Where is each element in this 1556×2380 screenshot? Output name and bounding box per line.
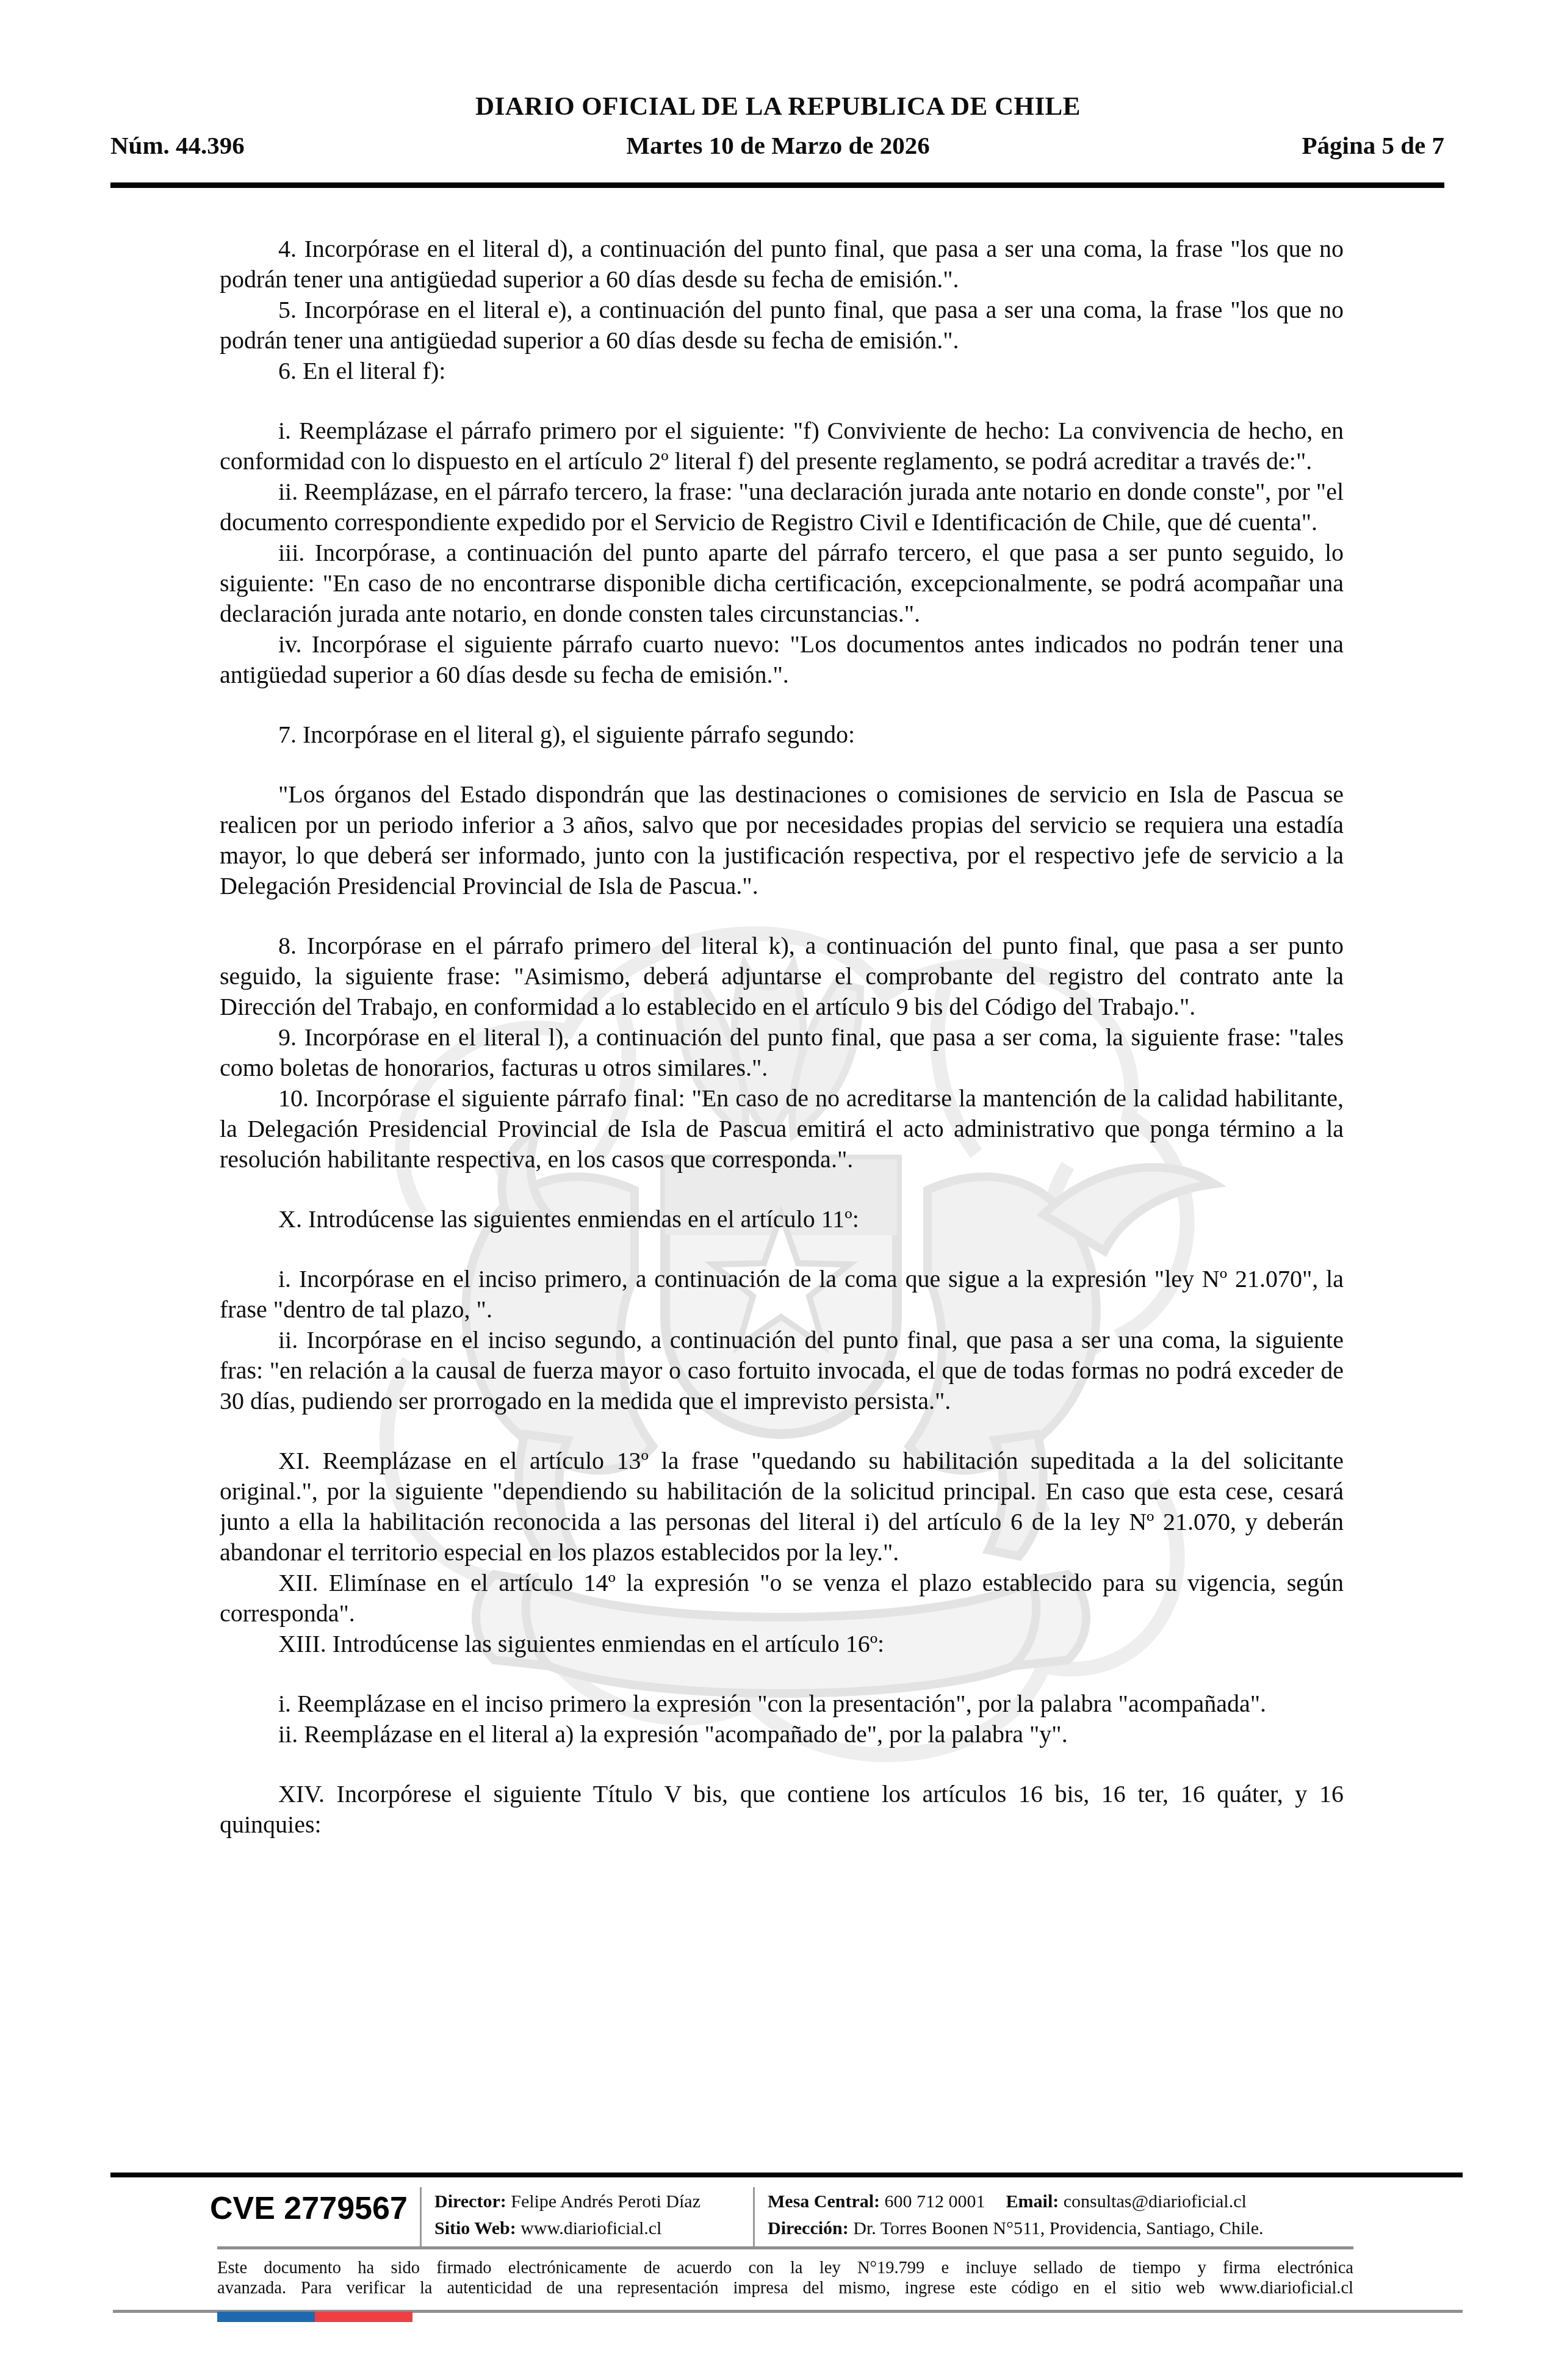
body-paragraph: ii. Incorpórase en el inciso segundo, a … — [220, 1325, 1344, 1416]
body-paragraph: 8. Incorpórase en el párrafo primero del… — [220, 931, 1344, 1022]
website-url: www.diarioficial.cl — [520, 2218, 661, 2238]
legal-disclaimer: Este documento ha sido firmado electróni… — [217, 2258, 1353, 2298]
body-paragraph: 10. Incorpórase el siguiente párrafo fin… — [220, 1083, 1344, 1175]
body-paragraph: 5. Incorpórase en el literal e), a conti… — [220, 295, 1344, 356]
masthead-title: DIARIO OFICIAL DE LA REPUBLICA DE CHILE — [0, 92, 1556, 121]
footer-director-block: Director: Felipe Andrés Peroti Díaz Siti… — [434, 2188, 701, 2242]
phone-email-line: Mesa Central: 600 712 0001Email: consult… — [768, 2188, 1264, 2215]
body-paragraph: 9. Incorpórase en el literal l), a conti… — [220, 1022, 1344, 1083]
address-value: Dr. Torres Boonen N°511, Providencia, Sa… — [853, 2218, 1263, 2238]
footer-gray-rule — [217, 2246, 1353, 2249]
body-paragraph: X. Introdúcense las siguientes enmiendas… — [220, 1204, 1344, 1235]
footer-divider — [420, 2187, 422, 2247]
director-name: Felipe Andrés Peroti Díaz — [511, 2191, 701, 2212]
header-rule — [110, 182, 1444, 188]
body-paragraph: 6. En el literal f): — [220, 356, 1344, 386]
page-indicator: Página 5 de 7 — [1302, 131, 1445, 160]
flag-bar-blue — [217, 2312, 315, 2322]
footer-divider — [753, 2187, 755, 2247]
website-line: Sitio Web: www.diarioficial.cl — [434, 2215, 701, 2242]
flag-bar-red — [315, 2312, 412, 2322]
body-paragraph: iv. Incorpórase el siguiente párrafo cua… — [220, 629, 1344, 690]
director-line: Director: Felipe Andrés Peroti Díaz — [434, 2188, 701, 2215]
address-label: Dirección: — [768, 2218, 849, 2238]
body-paragraph: iii. Incorpórase, a continuación del pun… — [220, 538, 1344, 629]
body-paragraph: ii. Reemplázase, en el párrafo tercero, … — [220, 477, 1344, 538]
gazette-page: DIARIO OFICIAL DE LA REPUBLICA DE CHILE … — [0, 0, 1556, 2380]
email-address: consultas@diarioficial.cl — [1064, 2191, 1247, 2212]
footer-rule — [110, 2173, 1463, 2177]
body-paragraph: i. Reemplázase en el inciso primero la e… — [220, 1689, 1344, 1719]
body-paragraph: 7. Incorpórase en el literal g), el sigu… — [220, 719, 1344, 750]
footer-contact-block: Mesa Central: 600 712 0001Email: consult… — [768, 2188, 1264, 2242]
body-paragraph: XIV. Incorpórese el siguiente Título V b… — [220, 1779, 1344, 1840]
email-label: Email: — [1006, 2191, 1059, 2212]
address-line: Dirección: Dr. Torres Boonen N°511, Prov… — [768, 2215, 1264, 2242]
body-paragraph: XI. Reemplázase en el artículo 13º la fr… — [220, 1446, 1344, 1568]
body-paragraph: XII. Elimínase en el artículo 14º la exp… — [220, 1568, 1344, 1629]
disclaimer-line: avanzada. Para verificar la autenticidad… — [217, 2278, 1353, 2298]
body-paragraph: ii. Reemplázase en el literal a) la expr… — [220, 1719, 1344, 1750]
website-label: Sitio Web: — [434, 2218, 516, 2238]
body-paragraph: XIII. Introdúcense las siguientes enmien… — [220, 1629, 1344, 1659]
mesa-central-number: 600 712 0001 — [885, 2191, 985, 2212]
mesa-central-label: Mesa Central: — [768, 2191, 880, 2212]
disclaimer-line: Este documento ha sido firmado electróni… — [217, 2258, 1353, 2278]
body-paragraph: "Los órganos del Estado dispondrán que l… — [220, 779, 1344, 901]
body-paragraph: i. Reemplázase el párrafo primero por el… — [220, 416, 1344, 477]
document-body: 4. Incorpórase en el literal d), a conti… — [220, 234, 1344, 2150]
director-label: Director: — [434, 2191, 506, 2212]
body-paragraph: i. Incorpórase en el inciso primero, a c… — [220, 1264, 1344, 1325]
body-paragraph: 4. Incorpórase en el literal d), a conti… — [220, 234, 1344, 295]
cve-code: CVE 2779567 — [210, 2190, 408, 2227]
